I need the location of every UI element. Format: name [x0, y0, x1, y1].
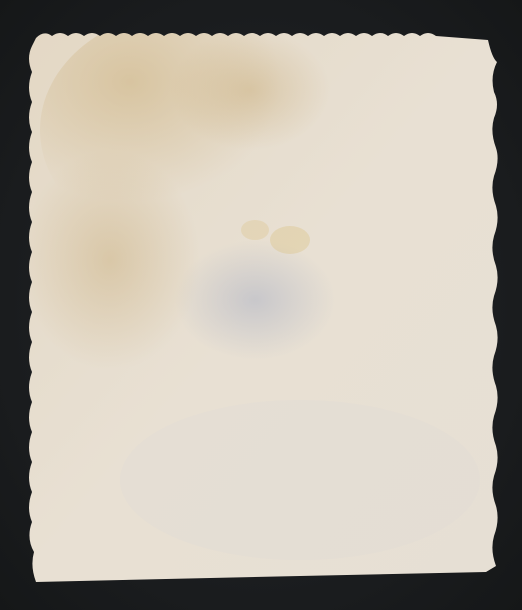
- photo-background: [0, 0, 522, 610]
- stamp-back: [0, 0, 522, 610]
